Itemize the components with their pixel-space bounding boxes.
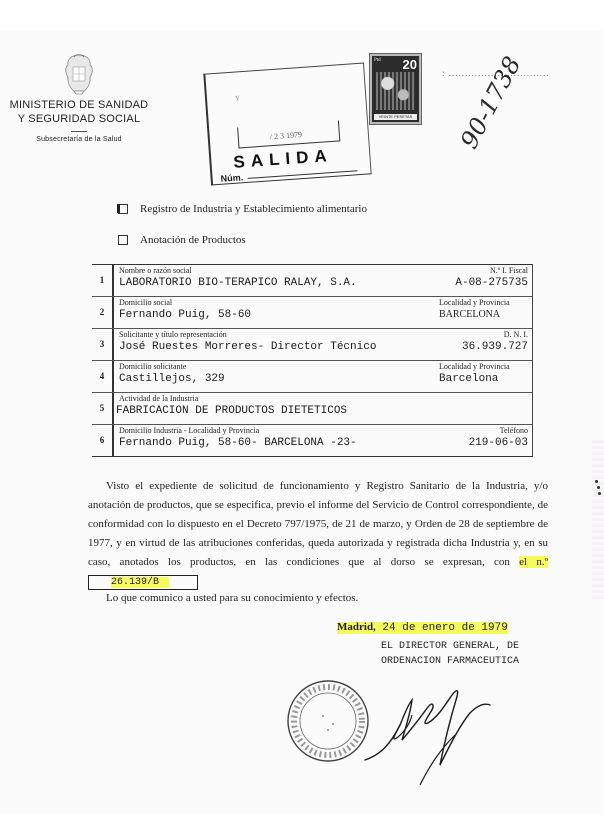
field-label: Teléfono xyxy=(500,426,528,435)
table-row: 6 Domicilio Industria - Localidad y Prov… xyxy=(92,425,532,456)
registration-form-table: 1 Nombre o razón social LABORATORIO BIO-… xyxy=(92,264,533,457)
closing-line: Lo que comunico a usted para su conocimi… xyxy=(106,592,358,604)
header-divider xyxy=(71,131,87,132)
exit-stamp: Y / 2 3 1979 SALIDA Núm. xyxy=(203,63,371,186)
registration-number-box: 26.139/B xyxy=(88,575,198,590)
company-name-value: LABORATORIO BIO-TERAPICO RALAY, S.A. xyxy=(119,277,357,289)
number-prefix: el n.º xyxy=(519,556,548,568)
tax-id-value: A-08-275735 xyxy=(455,277,528,289)
option-registro-industria[interactable]: Registro de Industria y Establecimiento … xyxy=(118,203,367,215)
dni-value: 36.939.727 xyxy=(462,341,528,353)
city: Madrid, xyxy=(337,621,376,633)
stamp-faint-text: Y xyxy=(235,94,241,102)
stamp-num-label: Núm. xyxy=(220,172,243,184)
authorization-paragraph: Visto el expediente de solicitud de func… xyxy=(88,477,548,591)
registered-address-value: Fernando Puig, 58-60 xyxy=(119,309,251,321)
row-index: 3 xyxy=(92,329,114,360)
option-label: Registro de Industria y Establecimiento … xyxy=(140,203,367,215)
stamp-salida-label: SALIDA xyxy=(233,146,333,173)
ministry-header: MINISTERIO DE SANIDAD Y SEGURIDAD SOCIAL… xyxy=(0,98,158,144)
field-label: Actividad de la Industria xyxy=(119,394,198,403)
applicant-address-value: Castillejos, 329 xyxy=(119,373,225,385)
fiscal-stamp-prefix: Ptd xyxy=(374,58,381,63)
signer-title-line-1: EL DIRECTOR GENERAL, DE xyxy=(350,639,550,654)
table-row: 2 Domicilio social Fernando Puig, 58-60 … xyxy=(92,297,532,329)
option-anotacion-productos[interactable]: Anotación de Productos xyxy=(118,234,246,246)
fiscal-stamp-artwork xyxy=(376,72,415,110)
field-label: Solicitante y título representación xyxy=(119,330,227,339)
ministry-line-2: Y SEGURIDAD SOCIAL xyxy=(0,112,158,126)
applicant-value: José Ruestes Morreres- Director Técnico xyxy=(119,341,376,353)
coat-of-arms-icon xyxy=(62,53,96,95)
industry-activity-value: FABRICACION DE PRODUCTOS DIETETICOS xyxy=(116,405,347,417)
checkbox-checked-icon[interactable] xyxy=(118,204,128,214)
table-row: 5 Actividad de la Industria FABRICACION … xyxy=(92,393,532,425)
field-label: Localidad y Provincia xyxy=(439,362,510,371)
applicant-province-value: Barcelona xyxy=(439,373,498,385)
row-index: 6 xyxy=(92,425,114,456)
scan-edge-noise xyxy=(592,440,604,600)
field-label: N.º I. Fiscal xyxy=(490,266,528,275)
paragraph-text: Visto el expediente de solicitud de func… xyxy=(88,480,548,568)
date: 24 de enero de 1979 xyxy=(376,622,508,634)
registration-number: 26.139/B xyxy=(111,577,169,588)
row-index: 4 xyxy=(92,361,114,392)
row-index: 1 xyxy=(92,265,114,296)
field-label: Localidad y Provincia xyxy=(439,298,510,307)
industry-address-value: Fernando Puig, 58-60- BARCELONA -23- xyxy=(119,437,357,449)
table-row: 3 Solicitante y título representación Jo… xyxy=(92,329,532,361)
field-label: Domicilio solicitante xyxy=(119,362,186,371)
subsecretaria-label: Subsecretaría de la Salud xyxy=(0,135,158,144)
place-date: Madrid, 24 de enero de 1979 xyxy=(337,621,508,634)
phone-value: 219-06-03 xyxy=(469,437,528,449)
director-signature xyxy=(360,665,500,785)
fiscal-stamp-value: 20 xyxy=(403,57,417,72)
table-row: 4 Domicilio solicitante Castillejos, 329… xyxy=(92,361,532,393)
field-label: Nombre o razón social xyxy=(119,266,192,275)
field-label: Domicilio social xyxy=(119,298,172,307)
fiscal-stamp-band: VEINTE PESETAS xyxy=(374,114,417,120)
checkbox-unchecked-icon[interactable] xyxy=(118,235,128,245)
province-value: BARCELONA xyxy=(439,309,500,320)
row-index: 5 xyxy=(92,393,114,424)
field-label: D. N. I. xyxy=(504,330,528,339)
fiscal-stamp: Ptd 20 VEINTE PESETAS xyxy=(370,54,421,124)
field-label: Domicilio Industria - Localidad y Provin… xyxy=(119,426,259,435)
row-index: 2 xyxy=(92,297,114,328)
table-row: 1 Nombre o razón social LABORATORIO BIO-… xyxy=(92,265,532,297)
ministry-line-1: MINISTERIO DE SANIDAD xyxy=(0,98,158,112)
option-label: Anotación de Productos xyxy=(140,234,246,246)
